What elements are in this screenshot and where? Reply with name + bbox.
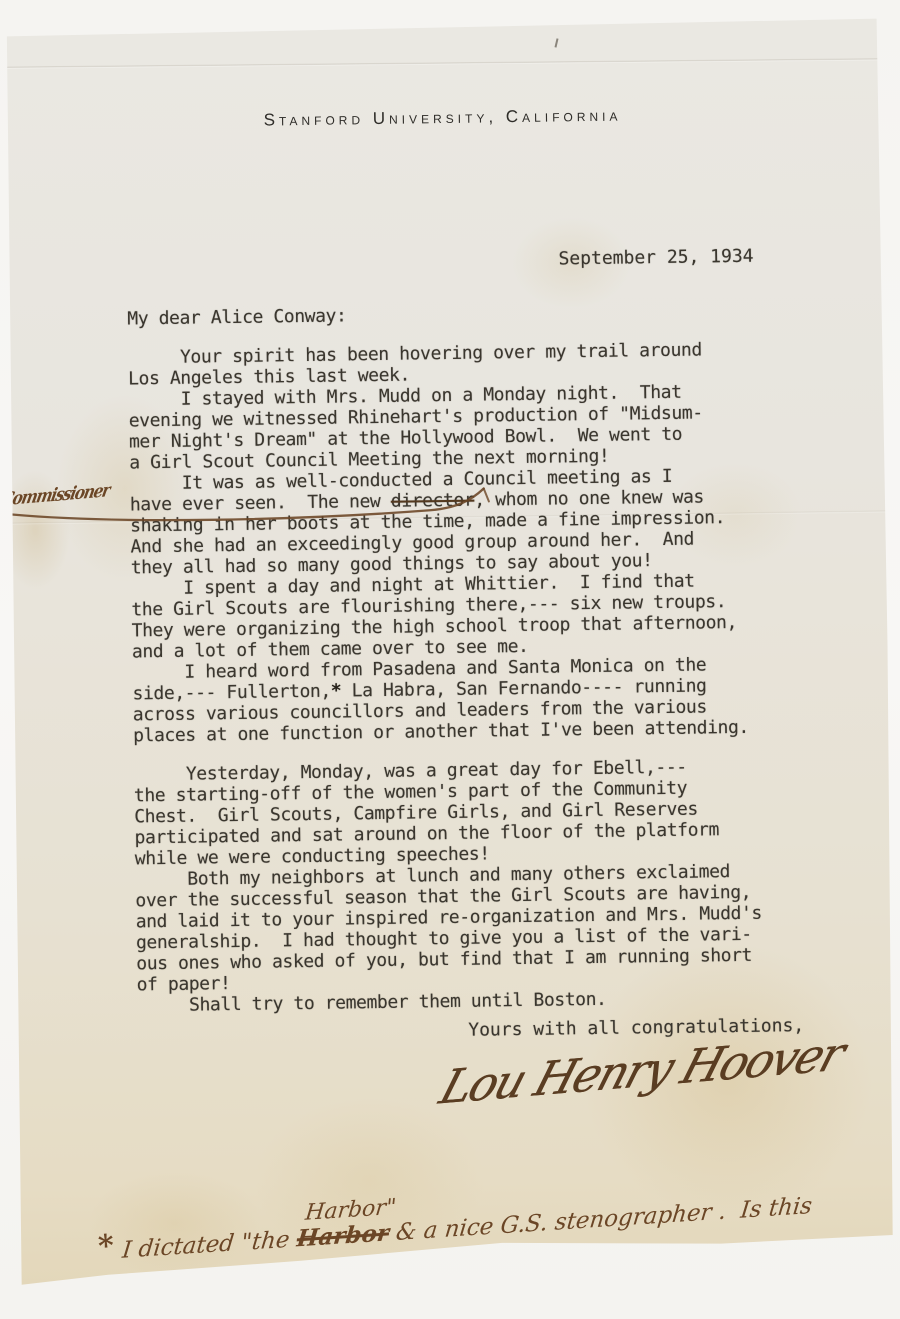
date-line: September 25, 1934 <box>558 246 753 270</box>
letterhead: Stanford University, California <box>4 102 880 134</box>
typed-text: of paper! <box>136 973 230 995</box>
typed-text: My dear Alice Conway: <box>127 305 346 329</box>
typed-text: side,--- Fullerton, <box>132 681 331 705</box>
footnote-text: & a nice G.S. stenographer . Is this <box>387 1193 813 1247</box>
letter-body: My dear Alice Conway: Your spirit has be… <box>127 300 763 1017</box>
footnote-text: I dictated "the <box>121 1226 298 1264</box>
footnote-line-3: Or bad enunciation on my <box>514 1236 818 1290</box>
footnote-annotation: * I dictated "the HarborHarbor" & a nice… <box>3 18 879 30</box>
footnote-asterisk: * <box>97 1228 115 1264</box>
letter-paper: Stanford University, California Septembe… <box>3 18 896 1286</box>
footnote-line-2: an accepted translation ! <box>98 1260 391 1305</box>
letter-photo: Stanford University, California Septembe… <box>0 0 900 1319</box>
pencil-mark <box>555 38 559 47</box>
stain <box>54 1146 296 1299</box>
footnote-line-1: I dictated "the HarborHarbor" & a nice G… <box>121 1186 900 1263</box>
footnote-line-4: part ?! <box>776 1282 855 1314</box>
typed-pen-star: * <box>331 681 342 702</box>
footnote-correction: HarborHarbor" <box>296 1219 390 1252</box>
fold-crease <box>4 58 880 69</box>
